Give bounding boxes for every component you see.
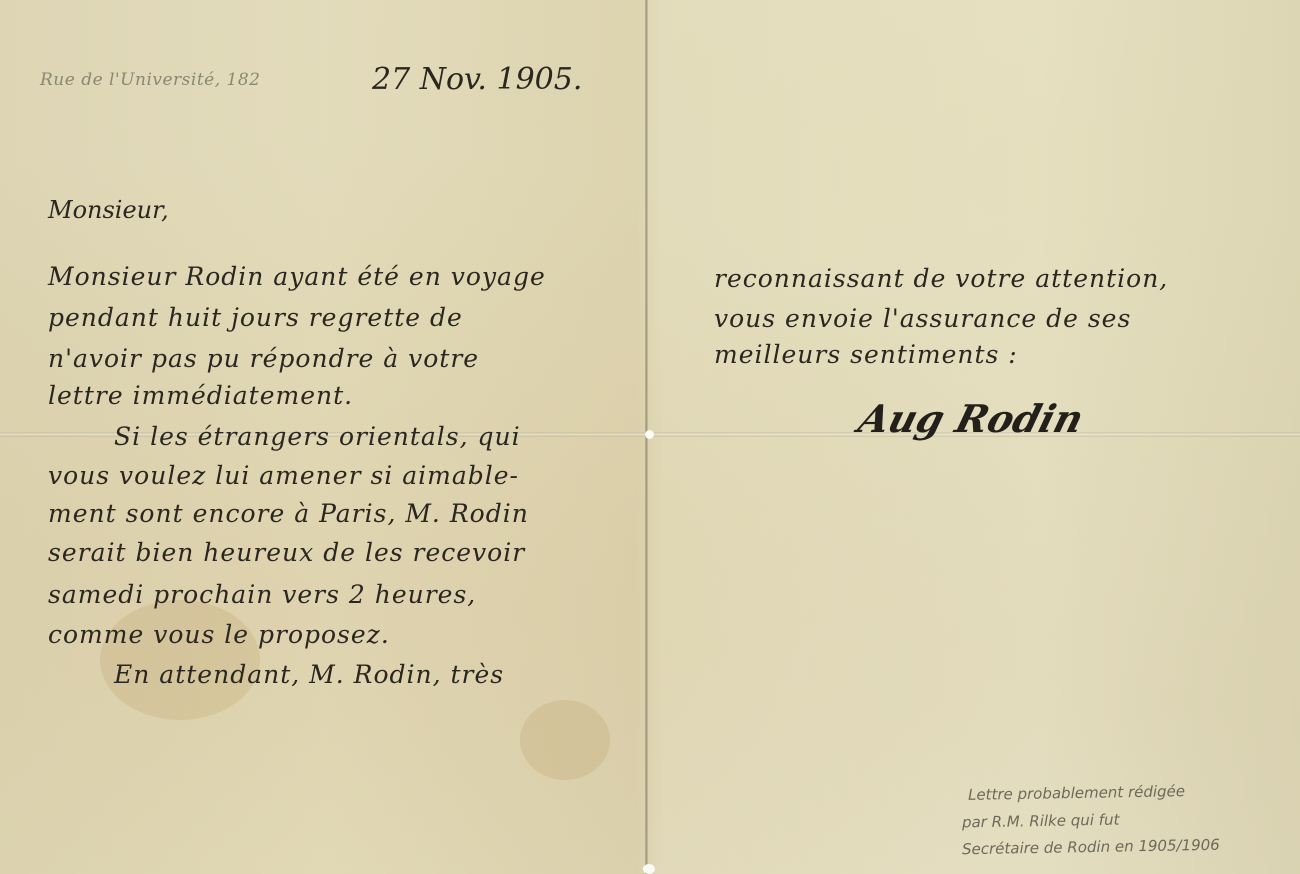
letter-line: serait bien heureux de les recevoir [48,538,525,567]
paper-stain [520,700,610,780]
letter-date: 27 Nov. 1905. [372,62,582,97]
letter-line: En attendant, M. Rodin, très [114,660,504,689]
letter-line: Monsieur Rodin ayant été en voyage [48,262,546,291]
fold-hole [643,864,655,874]
letter-line: vous envoie l'assurance de ses [714,304,1131,333]
letter-line: samedi prochain vers 2 heures, [48,580,476,609]
pencil-annotation-line: par R.M. Rilke qui fut [962,811,1120,832]
letter-line: n'avoir pas pu répondre à votre [48,344,479,373]
letter-line: reconnaissant de votre attention, [714,264,1168,293]
letter-line: comme vous le proposez. [48,620,390,649]
letter-line: meilleurs sentiments : [714,340,1018,369]
fold-hole [645,430,654,439]
letterhead-address: Rue de l'Université, 182 [40,70,260,90]
signature: Aug Rodin [854,396,1089,441]
letter-line: pendant huit jours regrette de [48,303,463,332]
salutation: Monsieur, [48,196,169,224]
letter-line: lettre immédiatement. [48,381,353,410]
letter-line: vous voulez lui amener si aimable- [48,461,519,490]
letter-line: ment sont encore à Paris, M. Rodin [48,499,529,528]
letter-sheet: Rue de l'Université, 182 27 Nov. 1905. M… [0,0,1300,874]
letter-line: Si les étrangers orientals, qui [114,422,521,451]
pencil-annotation-line: Lettre probablement rédigée [968,782,1185,804]
